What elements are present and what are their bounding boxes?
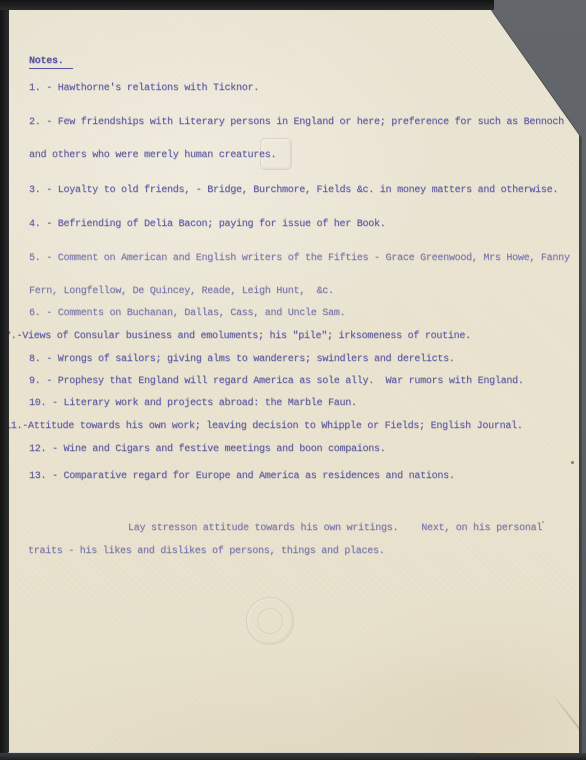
- typed-line: 11.-Attitude towards his own work; leavi…: [5, 421, 523, 432]
- typed-line: 8. - Wrongs of sailors; giving alms to w…: [29, 354, 455, 365]
- typed-line: 10. - Literary work and projects abroad:…: [29, 398, 357, 409]
- typed-line: 9. - Prophesy that England will regard A…: [29, 376, 524, 387]
- mat-edge-bottom: [0, 753, 586, 760]
- typed-lines: Notes.1. - Hawthorne's relations with Ti…: [0, 0, 586, 760]
- typed-line: 1. - Hawthorne's relations with Ticknor.: [29, 83, 259, 94]
- mat-edge-left: [0, 0, 9, 760]
- document-title: Notes.: [29, 56, 73, 69]
- typed-line: and others who were merely human creatur…: [29, 150, 276, 161]
- typed-line: 4. - Befriending of Delia Bacon; paying …: [29, 219, 386, 230]
- typed-line: 7.-Views of Consular business and emolum…: [5, 331, 471, 342]
- typed-line: 6. - Comments on Buchanan, Dallas, Cass,…: [29, 308, 345, 319]
- mat-edge-top: [0, 0, 494, 10]
- typed-line: 5. - Comment on American and English wri…: [29, 253, 570, 264]
- typed-line: 2. - Few friendships with Literary perso…: [29, 117, 564, 128]
- typed-line: 3. - Loyalty to old friends, - Bridge, B…: [29, 185, 558, 196]
- typed-line: Lay stresson attitude towards his own wr…: [128, 523, 542, 534]
- typed-line: 12. - Wine and Cigars and festive meetin…: [29, 444, 386, 455]
- typed-line: 13. - Comparative regard for Europe and …: [29, 471, 455, 482]
- typed-line: Fern, Longfellow, De Quincey, Reade, Lei…: [29, 286, 334, 297]
- scanned-document-page: Notes.1. - Hawthorne's relations with Ti…: [0, 0, 586, 760]
- typed-line: traits - his likes and dislikes of perso…: [28, 546, 385, 557]
